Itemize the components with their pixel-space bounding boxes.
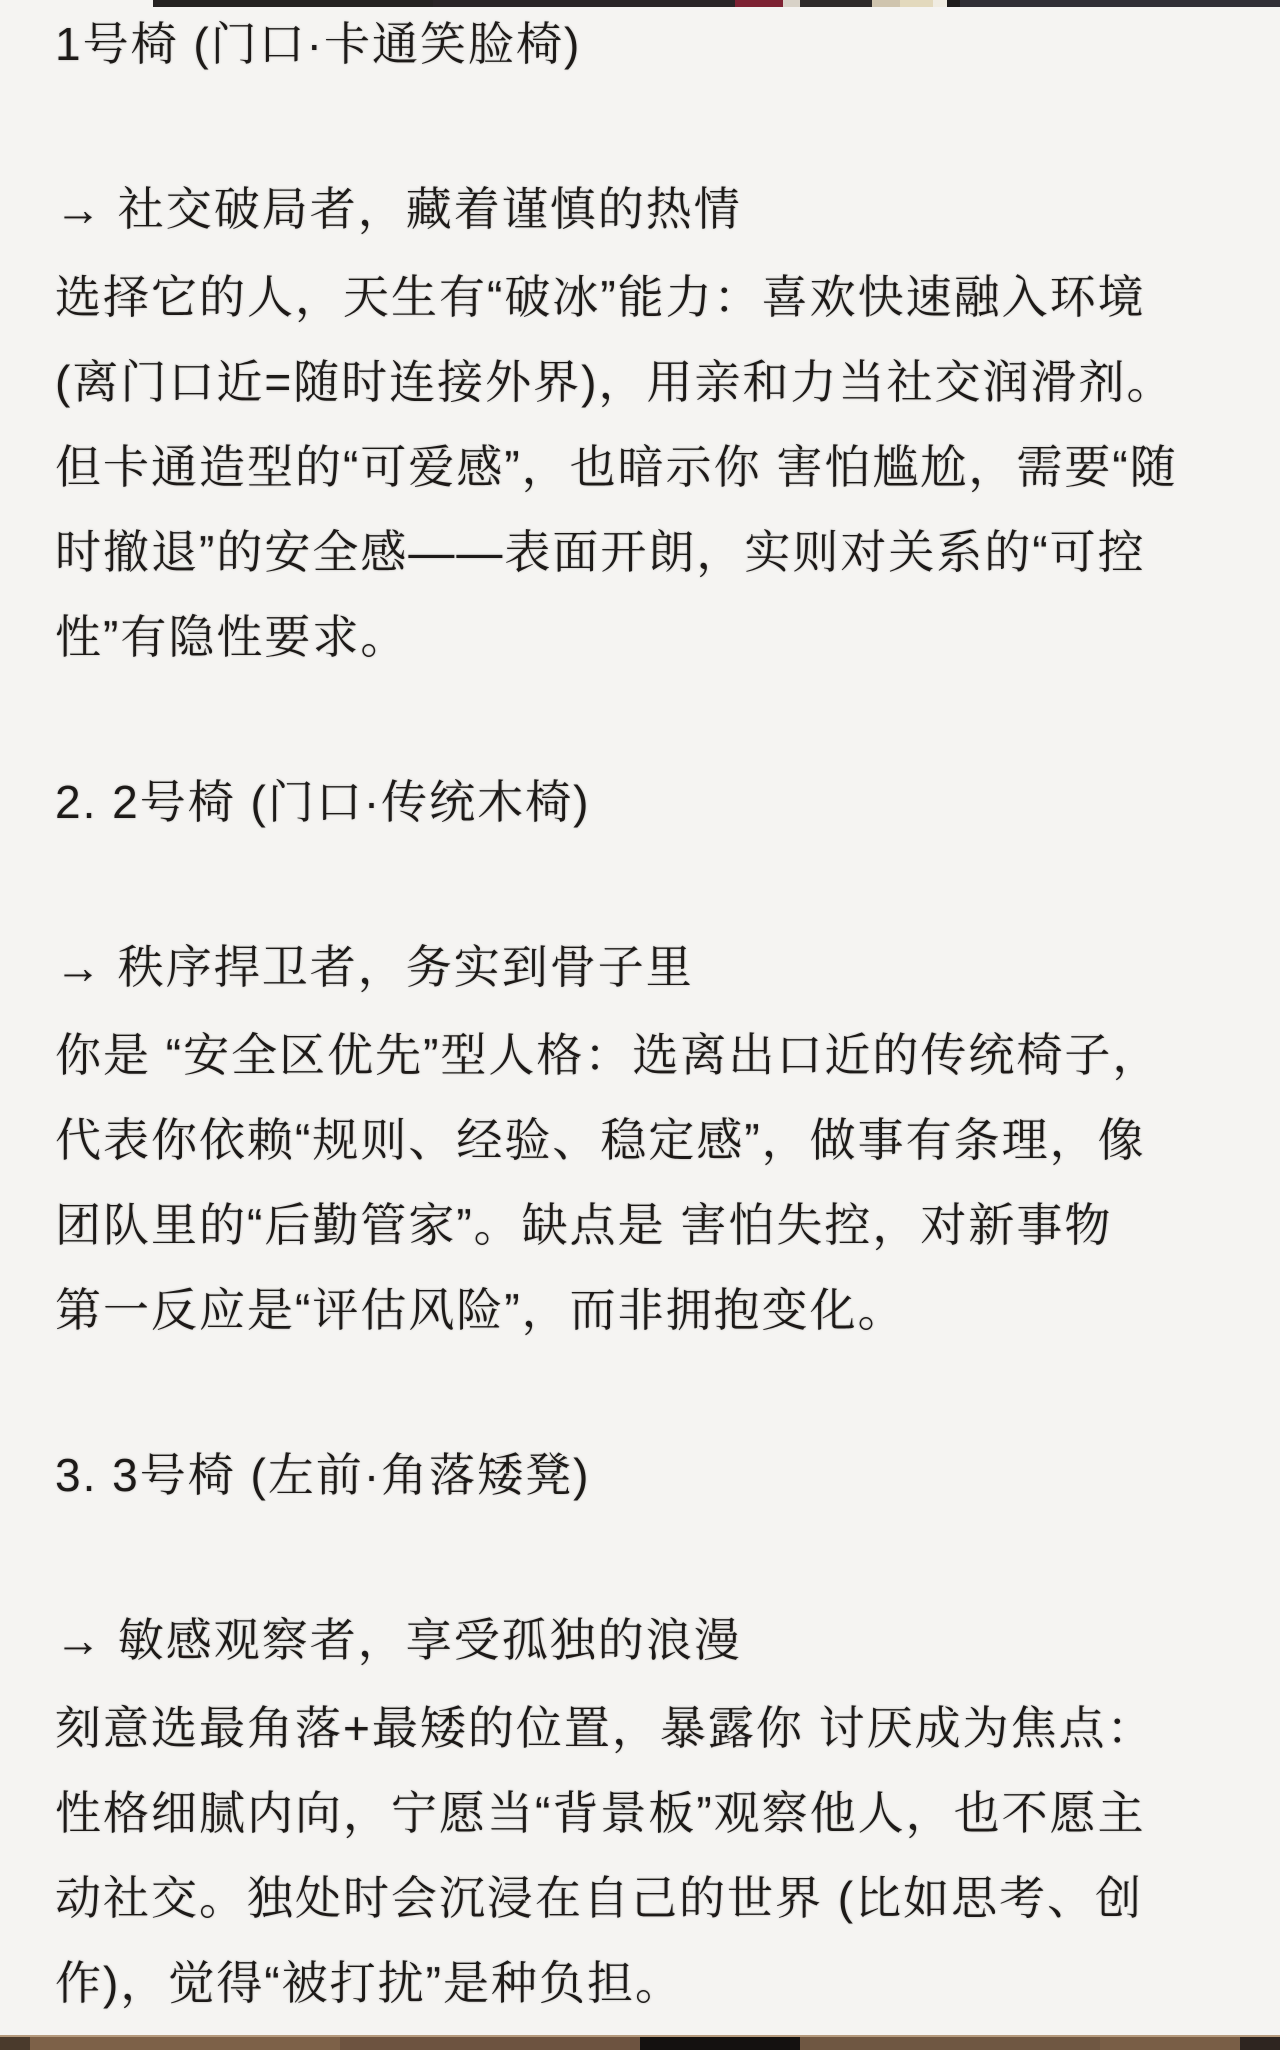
chair-2-body-line-4: 第一反应是“评估风险”，而非拥抱变化。 — [55, 1268, 1245, 1353]
chair-1-tagline: → 社交破局者，藏着谨慎的热情 — [55, 167, 1245, 252]
chair-3-body-line-1: 刻意选最角落+最矮的位置，暴露你 讨厌成为焦点： — [55, 1686, 1245, 1771]
chair-2-description: 你是 “安全区优先”型人格：选离出口近的传统椅子， 代表你依赖“规则、经验、稳定… — [55, 1013, 1245, 1353]
chair-2-tagline: → 秩序捍卫者，务实到骨子里 — [55, 925, 1245, 1010]
strip-segment — [1100, 2037, 1240, 2050]
chair-3-body-line-2: 性格细腻内向，宁愿当“背景板”观察他人，也不愿主 — [55, 1771, 1245, 1856]
article-page: 1号椅 (门口·卡通笑脸椅) → 社交破局者，藏着谨慎的热情 选择它的人，天生有… — [0, 0, 1280, 2050]
chair-1-body-line-5: 性”有隐性要求。 — [55, 595, 1245, 680]
strip-segment — [800, 2037, 1100, 2050]
cropped-photo-strip-bottom — [0, 2035, 1280, 2050]
chair-1-body-line-3: 但卡通造型的“可爱感”，也暗示你 害怕尴尬，需要“随 — [55, 425, 1245, 510]
section-chair-1: 1号椅 (门口·卡通笑脸椅) → 社交破局者，藏着谨慎的热情 选择它的人，天生有… — [55, 2, 1245, 680]
chair-3-tagline: → 敏感观察者，享受孤独的浪漫 — [55, 1598, 1245, 1683]
chair-2-body-line-3: 团队里的“后勤管家”。缺点是 害怕失控，对新事物 — [55, 1183, 1245, 1268]
chair-2-body-line-2: 代表你依赖“规则、经验、稳定感”，做事有条理，像 — [55, 1098, 1245, 1183]
chair-1-heading: 1号椅 (门口·卡通笑脸椅) — [55, 2, 1245, 87]
strip-segment — [340, 2037, 640, 2050]
chair-3-body-line-4: 作)，觉得“被打扰”是种负担。 — [55, 1941, 1245, 2026]
chair-2-heading: 2. 2号椅 (门口·传统木椅) — [55, 760, 1245, 845]
chair-personality-results: 1号椅 (门口·卡通笑脸椅) → 社交破局者，藏着谨慎的热情 选择它的人，天生有… — [55, 2, 1245, 2026]
strip-segment — [0, 2037, 30, 2050]
strip-segment — [640, 2037, 800, 2050]
chair-1-body-line-4: 时撤退”的安全感——表面开朗，实则对关系的“可控 — [55, 510, 1245, 595]
section-chair-3: 3. 3号椅 (左前·角落矮凳) → 敏感观察者，享受孤独的浪漫 刻意选最角落+… — [55, 1433, 1245, 2026]
chair-1-body-line-2: (离门口近=随时连接外界)，用亲和力当社交润滑剂。 — [55, 340, 1245, 425]
strip-segment — [30, 2037, 340, 2050]
chair-3-description: 刻意选最角落+最矮的位置，暴露你 讨厌成为焦点： 性格细腻内向，宁愿当“背景板”… — [55, 1686, 1245, 2026]
section-chair-2: 2. 2号椅 (门口·传统木椅) → 秩序捍卫者，务实到骨子里 你是 “安全区优… — [55, 760, 1245, 1353]
chair-3-heading: 3. 3号椅 (左前·角落矮凳) — [55, 1433, 1245, 1518]
chair-3-body-line-3: 动社交。独处时会沉浸在自己的世界 (比如思考、创 — [55, 1856, 1245, 1941]
chair-1-body-line-1: 选择它的人，天生有“破冰”能力：喜欢快速融入环境 — [55, 255, 1245, 340]
chair-2-body-line-1: 你是 “安全区优先”型人格：选离出口近的传统椅子， — [55, 1013, 1245, 1098]
chair-1-description: 选择它的人，天生有“破冰”能力：喜欢快速融入环境 (离门口近=随时连接外界)，用… — [55, 255, 1245, 680]
strip-segment — [1240, 2037, 1280, 2050]
